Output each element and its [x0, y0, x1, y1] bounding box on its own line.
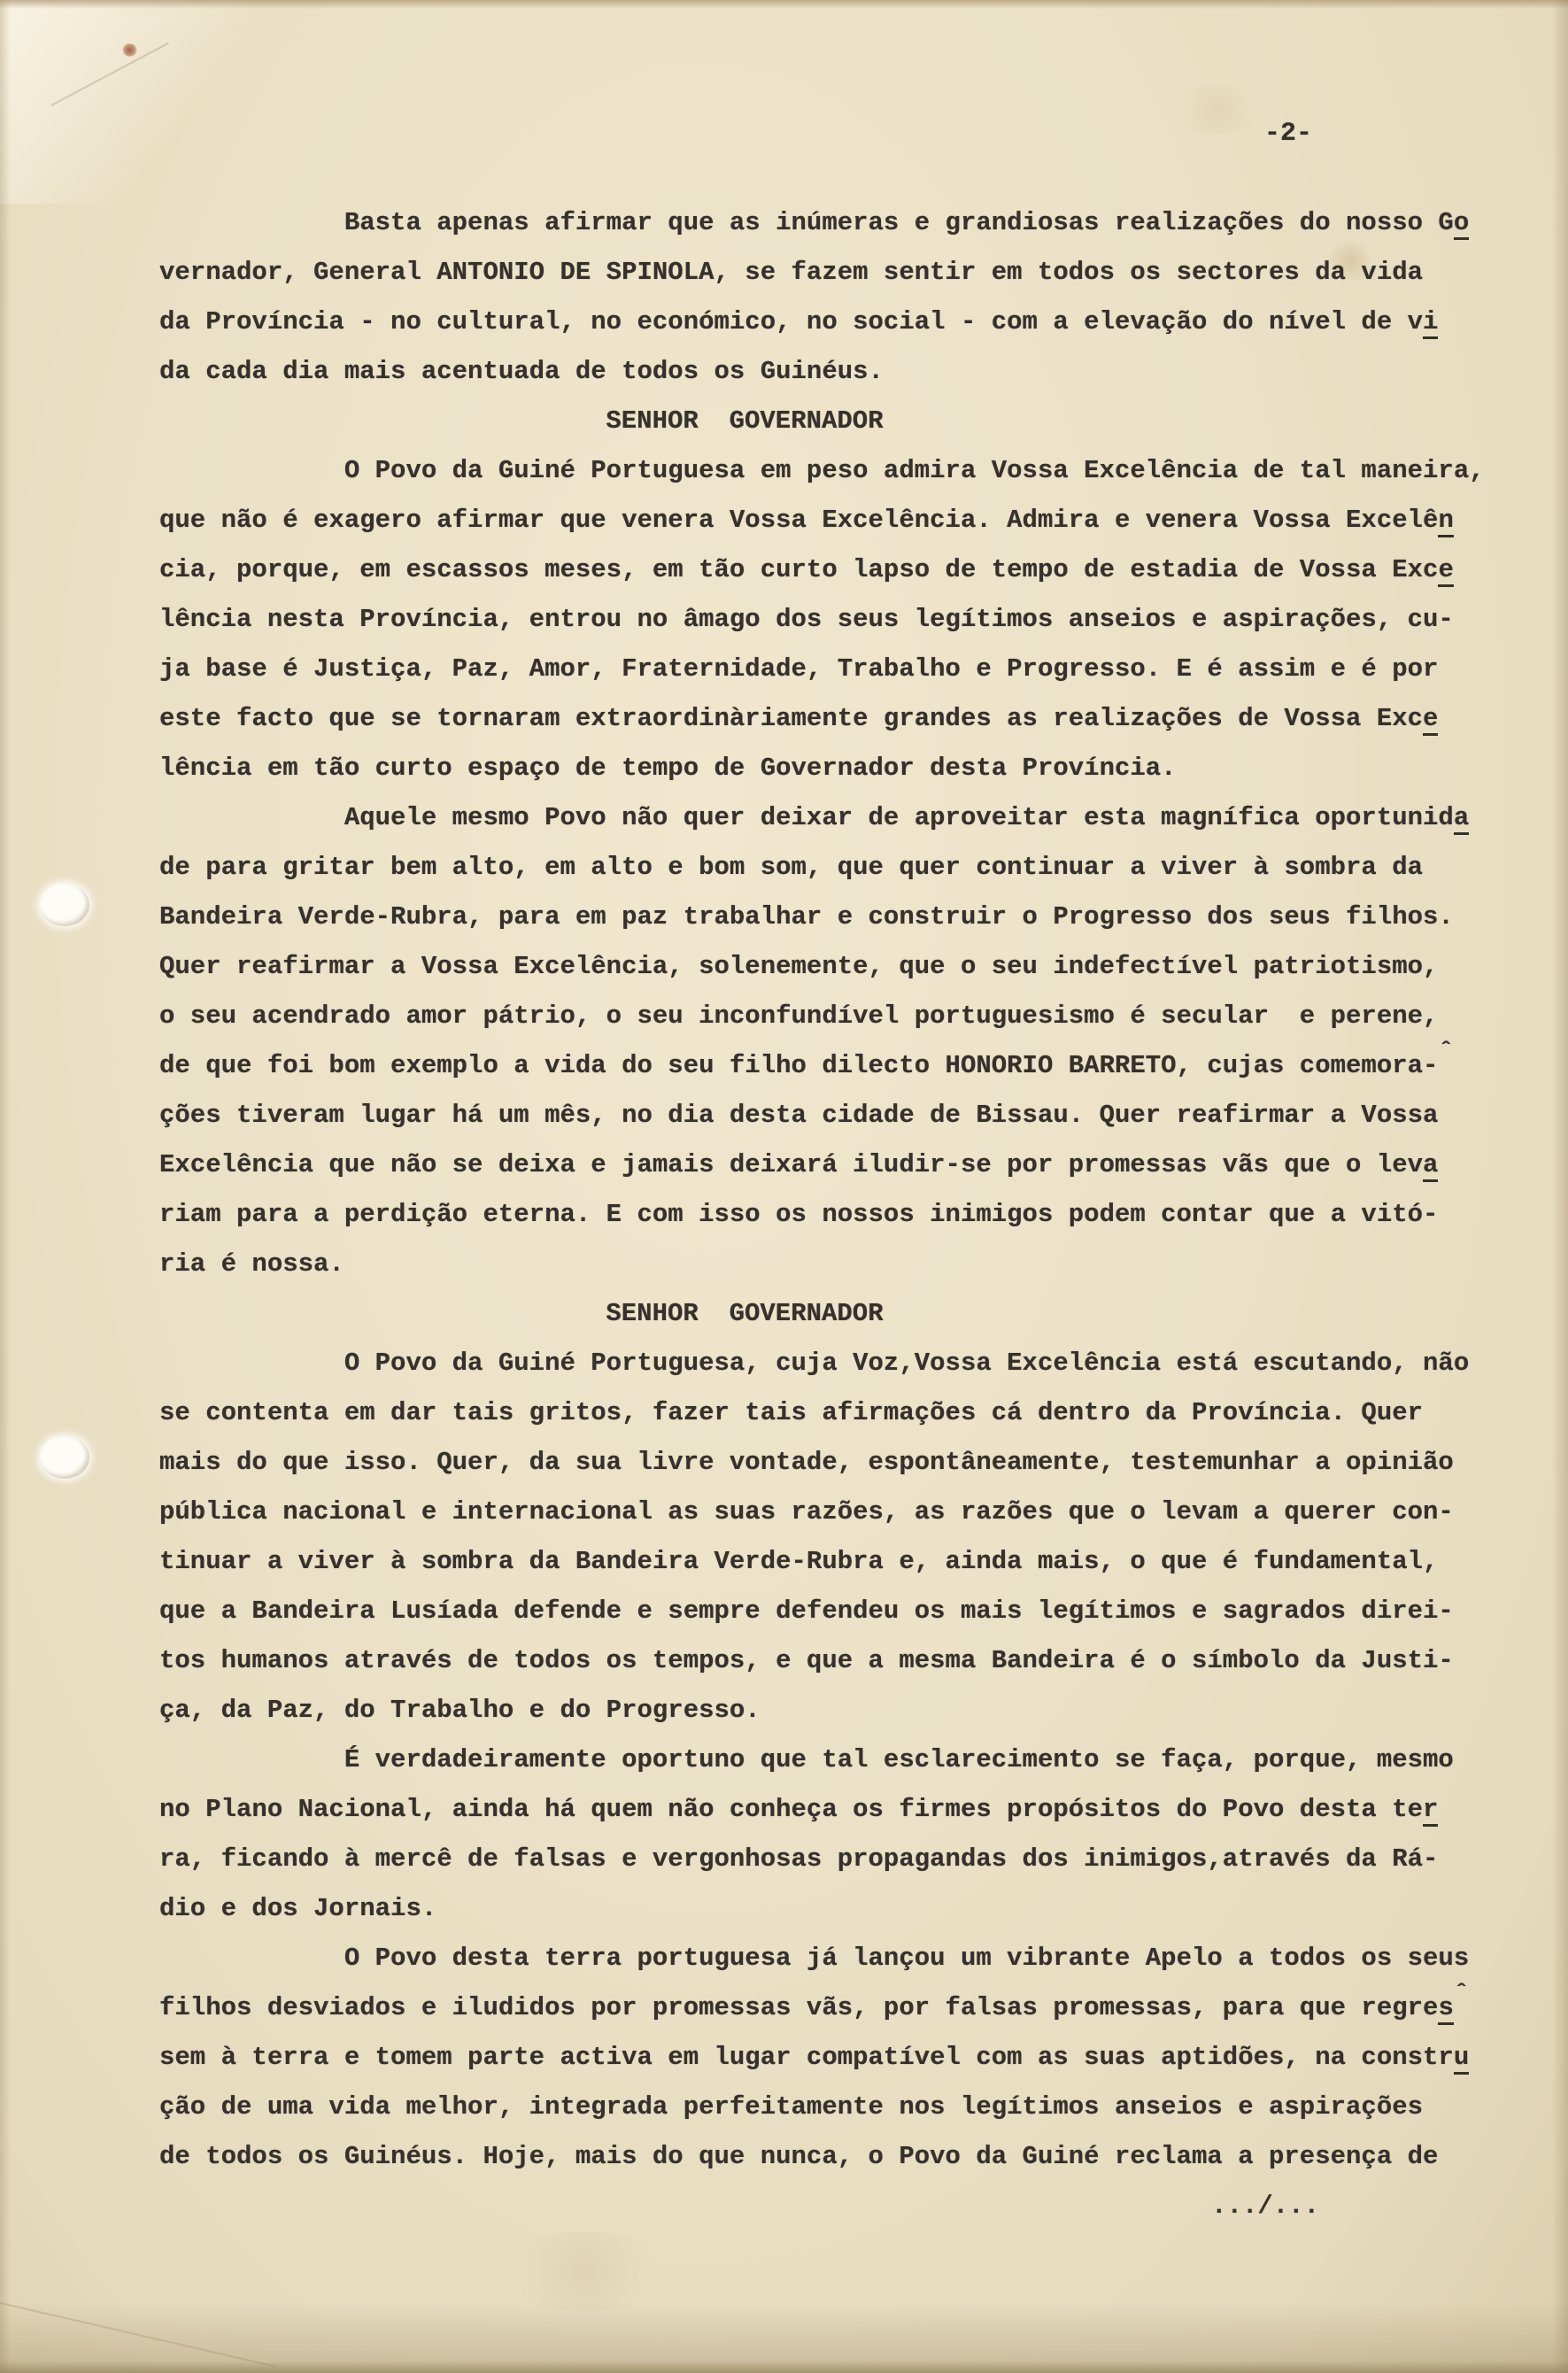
typed-line: ção de uma vida melhor, integrada perfei…	[159, 2083, 1468, 2132]
typed-line: se contenta em dar tais gritos, fazer ta…	[159, 1388, 1468, 1438]
typed-line: Bandeira Verde-Rubra, para em paz trabal…	[159, 893, 1468, 942]
typed-line: riam para a perdição eterna. E com isso …	[159, 1190, 1468, 1240]
paper-fold-topleft	[0, 0, 248, 204]
scan-edge-left	[0, 0, 11, 2373]
typed-line: ra, ficando à mercê de falsas e vergonho…	[159, 1835, 1468, 1884]
scanned-document-page: -2- Basta apenas afirmar que as inúmeras…	[0, 0, 1568, 2373]
typed-line: O Povo da Guiné Portuguesa em peso admir…	[159, 446, 1468, 496]
scan-edge-bottom	[0, 2361, 1568, 2373]
typed-line: dio e dos Jornais.	[159, 1884, 1468, 1934]
scan-edge-right	[1552, 0, 1568, 2373]
typed-line: Basta apenas afirmar que as inúmeras e g…	[159, 198, 1468, 248]
ink-speck	[122, 43, 137, 57]
typed-line: ria é nossa.	[159, 1240, 1468, 1289]
typed-line: lência em tão curto espaço de tempo de G…	[159, 744, 1468, 793]
page-number: -2-	[1264, 119, 1312, 149]
hyphenation-underline: n	[1438, 506, 1453, 537]
typed-line: mais do que isso. Quer, da sua livre von…	[159, 1438, 1468, 1488]
typed-line: Aquele mesmo Povo não quer deixar de apr…	[159, 793, 1468, 843]
hyphenation-underline: i	[1423, 307, 1438, 339]
typed-line: da cada dia mais acentuada de todos os G…	[159, 347, 1468, 397]
hyphenation-underline: a	[1423, 1150, 1438, 1182]
document-body: Basta apenas afirmar que as inúmeras e g…	[159, 198, 1468, 2231]
hyphenation-underline: e	[1438, 555, 1453, 587]
typed-line: tinuar a viver à sombra da Bandeira Verd…	[159, 1537, 1468, 1587]
hyphenation-underline: r	[1423, 1795, 1438, 1827]
typed-line: de que foi bom exemplo a vida do seu fil…	[159, 1041, 1468, 1091]
typed-line: ja base é Justiça, Paz, Amor, Fraternida…	[159, 645, 1468, 694]
typed-line: que a Bandeira Lusíada defende e sempre …	[159, 1587, 1468, 1636]
hole-punch	[40, 1436, 89, 1479]
typed-line: de para gritar bem alto, em alto e bom s…	[159, 843, 1468, 893]
typed-line: o seu acendrado amor pátrio, o seu incon…	[159, 992, 1468, 1041]
continuation-mark: .../...	[159, 2182, 1468, 2231]
typed-line: cia, porque, em escassos meses, em tão c…	[159, 545, 1468, 595]
typed-line: este facto que se tornaram extraordinàri…	[159, 694, 1468, 744]
typed-line: Excelência que não se deixa e jamais dei…	[159, 1140, 1468, 1190]
hyphenation-underline: u	[1454, 2043, 1469, 2075]
scan-edge-top	[0, 0, 1568, 9]
typed-line: da Província - no cultural, no económico…	[159, 298, 1468, 347]
typed-line: no Plano Nacional, ainda há quem não con…	[159, 1785, 1468, 1835]
typed-line: ções tiveram lugar há um mês, no dia des…	[159, 1091, 1468, 1140]
hole-punch	[40, 884, 89, 926]
typed-line: pública nacional e internacional as suas…	[159, 1488, 1468, 1537]
typed-line: de todos os Guinéus. Hoje, mais do que n…	[159, 2132, 1468, 2182]
section-heading: SENHOR GOVERNADOR	[159, 1289, 1468, 1339]
section-heading: SENHOR GOVERNADOR	[159, 397, 1468, 446]
hyphenation-underline: o	[1454, 208, 1469, 240]
paper-stain	[496, 2231, 673, 2311]
typed-line: filhos desviados e iludidos por promessa…	[159, 1983, 1468, 2033]
hyphenation-underline: e	[1423, 704, 1438, 736]
typed-line: Quer reafirmar a Vossa Excelência, solen…	[159, 942, 1468, 992]
typed-line: que não é exagero afirmar que venera Vos…	[159, 496, 1468, 545]
typed-line: vernador, General ANTONIO DE SPINOLA, se…	[159, 248, 1468, 298]
paper-stain	[1169, 85, 1266, 135]
typed-line: lência nesta Província, entrou no âmago …	[159, 595, 1468, 645]
hyphenation-underline: s	[1438, 1993, 1453, 2025]
hyphenation-underline: a	[1454, 803, 1469, 835]
typed-line: ça, da Paz, do Trabalho e do Progresso.	[159, 1686, 1468, 1735]
typed-line: O Povo desta terra portuguesa já lançou …	[159, 1934, 1468, 1983]
typed-line: O Povo da Guiné Portuguesa, cuja Voz,Vos…	[159, 1339, 1468, 1388]
typed-line: tos humanos através de todos os tempos, …	[159, 1636, 1468, 1686]
typed-line: sem à terra e tomem parte activa em luga…	[159, 2033, 1468, 2083]
typed-line: É verdadeiramente oportuno que tal escla…	[159, 1735, 1468, 1785]
